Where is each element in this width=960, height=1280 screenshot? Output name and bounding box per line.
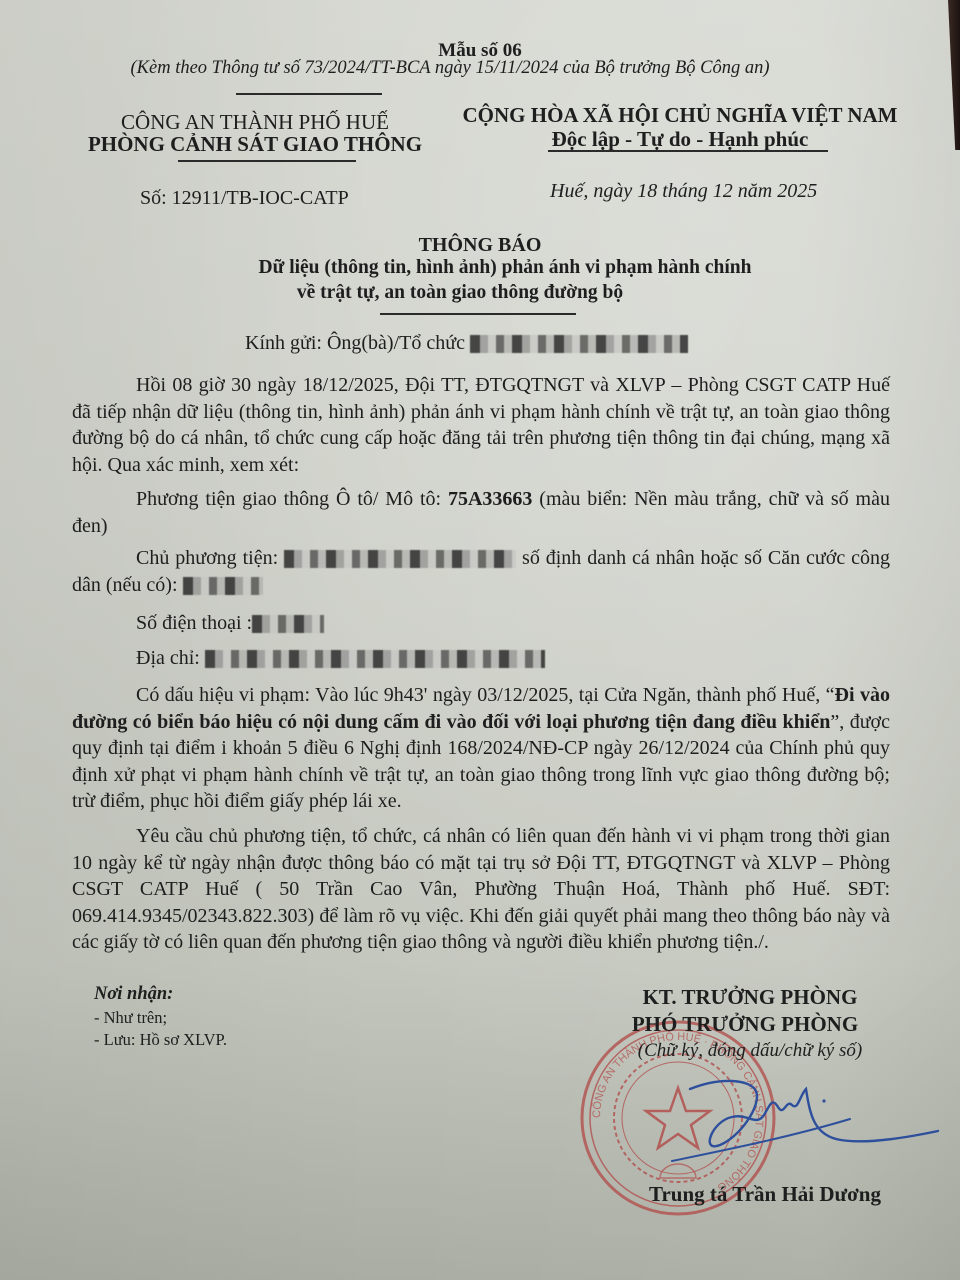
document-subtitle-1: Dữ liệu (thông tin, hình ảnh) phản ánh v… — [0, 257, 960, 279]
table-edge — [948, 0, 960, 150]
document-number: Số: 12911/TB-IOC-CATP — [140, 187, 349, 210]
owner-paragraph: Chủ phương tiện: số định danh cá nhân ho… — [72, 545, 890, 598]
redacted-phone — [252, 615, 324, 633]
intro-paragraph: Hồi 08 giờ 30 ngày 18/12/2025, Đội TT, Đ… — [72, 372, 890, 478]
recipient-line: Kính gửi: Ông(bà)/Tổ chức — [245, 332, 688, 355]
address-label: Địa chỉ: — [136, 647, 200, 669]
agency-underline — [178, 160, 356, 162]
recipient-item: - Như trên; — [94, 1008, 167, 1028]
divider — [236, 93, 382, 95]
phone-label: Số điện thoại : — [136, 612, 252, 634]
violation-prefix: Có dấu hiệu vi phạm: Vào lúc 9h43' ngày … — [136, 684, 835, 706]
recipient-label: Kính gửi: Ông(bà)/Tổ chức — [245, 332, 465, 354]
address-line: Địa chỉ: — [136, 645, 836, 672]
place-date: Huế, ngày 18 tháng 12 năm 2025 — [550, 180, 817, 203]
handwritten-signature-icon — [660, 1075, 940, 1165]
redacted-owner — [284, 550, 516, 568]
phone-line: Số điện thoại : — [136, 610, 836, 637]
form-attached: (Kèm theo Thông tư số 73/2024/TT-BCA ngà… — [0, 58, 900, 79]
redacted-address — [205, 650, 545, 668]
country-name: CỘNG HÒA XÃ HỘI CHỦ NGHĨA VIỆT NAM — [440, 103, 920, 128]
request-paragraph: Yêu cầu chủ phương tiện, tổ chức, cá nhâ… — [72, 823, 890, 956]
motto-underline — [548, 150, 828, 152]
document-subtitle-2: về trật tự, an toàn giao thông đường bộ — [0, 282, 920, 304]
recipients-title: Nơi nhận: — [94, 984, 173, 1005]
redacted-id — [183, 577, 263, 595]
signature-title-1: KT. TRƯỞNG PHÒNG — [580, 985, 920, 1010]
vehicle-paragraph: Phương tiện giao thông Ô tô/ Mô tô: 75A3… — [72, 486, 890, 539]
owner-label: Chủ phương tiện: — [136, 547, 278, 569]
motto: Độc lập - Tự do - Hạnh phúc — [440, 127, 920, 152]
vehicle-label: Phương tiện giao thông Ô tô/ Mô tô: — [136, 488, 448, 510]
signature-title-2: PHÓ TRƯỞNG PHÒNG — [580, 1012, 910, 1037]
recipient-item: - Lưu: Hồ sơ XLVP. — [94, 1030, 227, 1050]
title-underline — [380, 313, 576, 315]
document-title: THÔNG BÁO — [0, 234, 960, 257]
redacted-recipient — [470, 335, 688, 353]
violation-paragraph: Có dấu hiệu vi phạm: Vào lúc 9h43' ngày … — [72, 682, 890, 815]
agency-name: PHÒNG CẢNH SÁT GIAO THÔNG — [70, 132, 440, 157]
signature-note: (Chữ ký, đóng dấu/chữ ký số) — [600, 1040, 900, 1062]
license-plate: 75A33663 — [448, 488, 532, 510]
signer-name: Trung tá Trần Hải Dương — [600, 1182, 930, 1207]
